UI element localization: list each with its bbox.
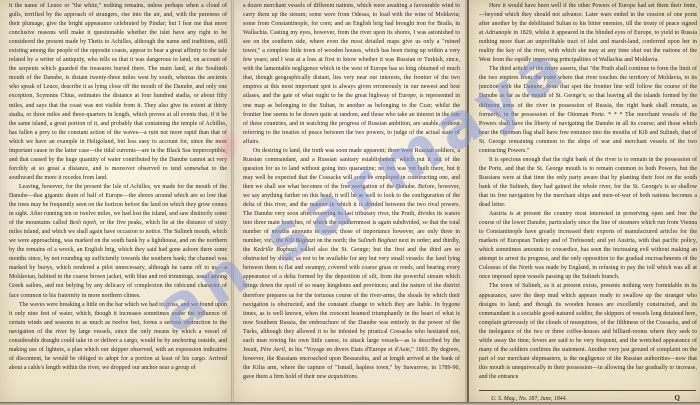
page-scan-right: Here it would have been well if the othe… bbox=[467, 0, 700, 405]
text-column-right: Here it would have been well if the othe… bbox=[479, 2, 697, 389]
paragraph: The town of Sulineh, as it at present ex… bbox=[479, 282, 697, 382]
paragraph: a dozen merchant vessels of different na… bbox=[243, 2, 460, 147]
page-scan-middle: a dozen merchant vessels of different na… bbox=[234, 0, 465, 405]
paragraph: Leaving, however, for the present the Is… bbox=[9, 183, 227, 301]
paragraph: On desiring to land, the truth was soon … bbox=[243, 147, 460, 382]
text-column-left: it the name of Leuce or "the white," not… bbox=[9, 2, 227, 405]
paragraph: it the name of Leuce or "the white," not… bbox=[9, 2, 227, 183]
paragraph: Austria is at present the country most i… bbox=[479, 210, 697, 282]
paragraph: Here it would have been well if the othe… bbox=[479, 2, 697, 65]
page-scan-left: it the name of Leuce or "the white," not… bbox=[0, 0, 232, 405]
page-footer: U. S. Mag., No. 187, June, 1844. Q bbox=[479, 390, 696, 402]
footer-signature-mark: Q bbox=[675, 394, 696, 402]
page-seam bbox=[464, 0, 467, 405]
scanned-magazine-page: it the name of Leuce or "the white," not… bbox=[0, 0, 700, 405]
page-seam bbox=[231, 0, 234, 405]
text-column-middle: a dozen merchant vessels of different na… bbox=[243, 2, 460, 405]
paragraph: The waves were breaking a little on the … bbox=[9, 301, 227, 373]
paragraph: It is specious enough that the right ban… bbox=[479, 156, 697, 210]
paragraph: The third article of the treaty asserts,… bbox=[479, 65, 697, 155]
